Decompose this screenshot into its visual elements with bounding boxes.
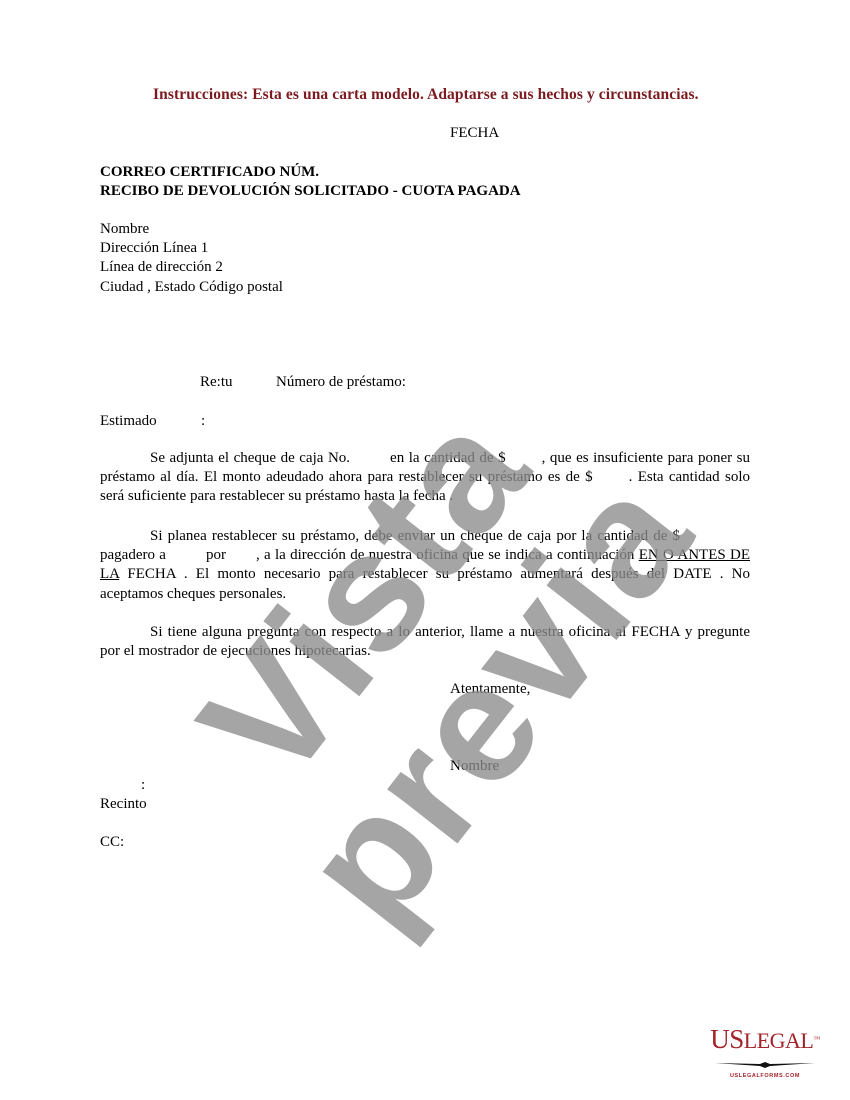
paragraph-enclosed-check: Se adjunta el cheque de caja No.en la ca…: [100, 449, 750, 507]
p2-text-a: Si planea restablecer su préstamo, debe …: [150, 528, 680, 544]
logo-wordmark: USLEGAL™: [705, 1025, 825, 1055]
logo-legal: LEGAL: [744, 1028, 814, 1053]
salutation-colon: :: [201, 412, 205, 431]
p1-text-a: Se adjunta el cheque de caja No.: [150, 450, 350, 466]
logo-url: USLEGALFORMS.COM: [705, 1073, 825, 1079]
uslegal-logo: USLEGAL™ USLEGALFORMS.COM: [705, 1025, 825, 1070]
p2-text-e: FECHA . El monto necesario para restable…: [100, 566, 750, 601]
p1-text-b: en la cantidad de $: [390, 450, 506, 466]
address-name: Nombre: [100, 220, 149, 239]
loan-number-label: Número de préstamo:: [276, 373, 406, 392]
signature-name: Nombre: [450, 757, 499, 776]
enclosure-label: Recinto: [100, 795, 147, 814]
logo-tm: ™: [813, 1035, 819, 1043]
cc-label: CC:: [100, 833, 124, 852]
document-page: Instrucciones: Esta es una carta modelo.…: [0, 0, 850, 1100]
closing: Atentamente,: [450, 680, 530, 699]
p2-text-d: , a la dirección de nuestra oficina que …: [256, 547, 635, 563]
logo-us: US: [710, 1024, 744, 1054]
p2-text-b: pagadero a: [100, 547, 166, 563]
enclosure-colon: :: [141, 776, 145, 795]
return-receipt-label: RECIBO DE DEVOLUCIÓN SOLICITADO - CUOTA …: [100, 182, 521, 201]
instructions-heading: Instrucciones: Esta es una carta modelo.…: [153, 85, 699, 104]
paragraph-questions: Si tiene alguna pregunta con respecto a …: [100, 623, 750, 661]
address-line2: Línea de dirección 2: [100, 258, 223, 277]
address-line1: Dirección Línea 1: [100, 239, 208, 258]
salutation-label: Estimado: [100, 412, 157, 431]
re-label: Re:tu: [200, 373, 233, 392]
date-label: FECHA: [450, 124, 499, 143]
p3-text: Si tiene alguna pregunta con respecto a …: [100, 624, 750, 659]
eagle-wings-icon: [715, 1062, 815, 1068]
address-city-state-zip: Ciudad , Estado Código postal: [100, 278, 283, 297]
paragraph-reinstate: Si planea restablecer su préstamo, debe …: [100, 527, 750, 604]
p2-text-c: por: [206, 547, 226, 563]
certified-mail-label: CORREO CERTIFICADO NÚM.: [100, 163, 319, 182]
